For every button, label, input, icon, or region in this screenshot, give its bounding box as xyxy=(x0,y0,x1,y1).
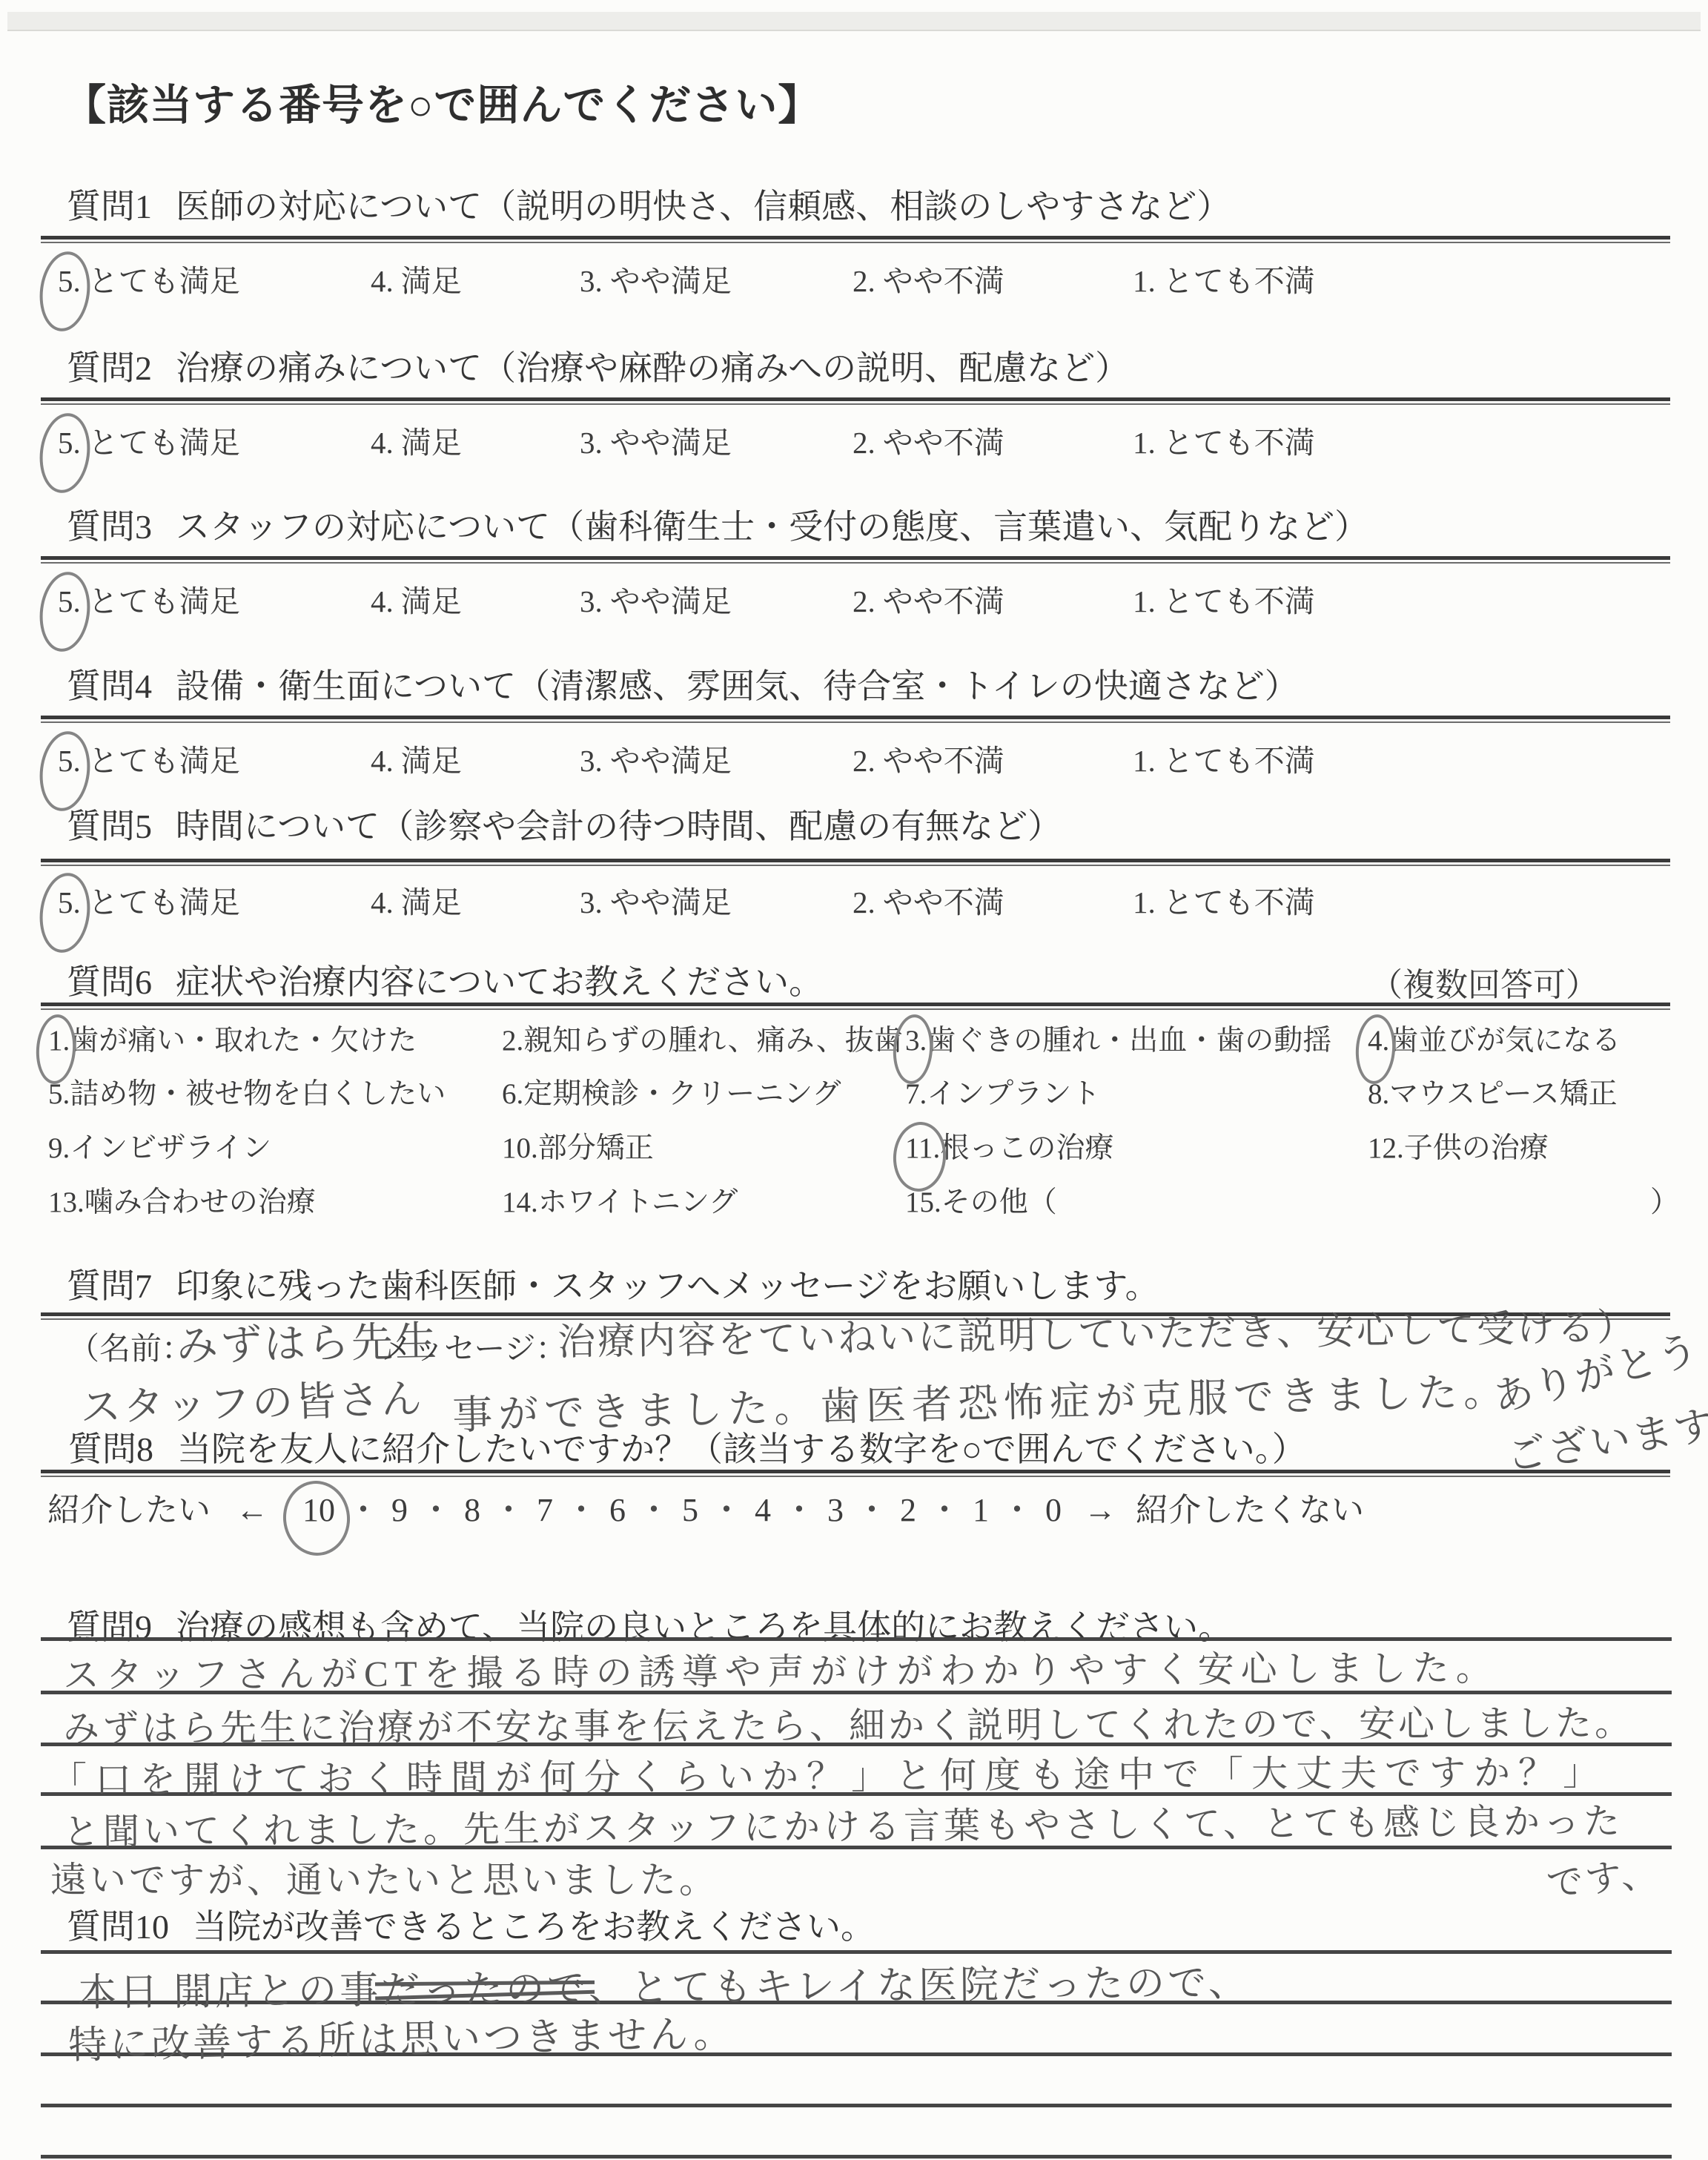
scale-separator-dot: ・ xyxy=(928,1483,961,1530)
handwritten-feedback-line2: みずはら先生に治療が不安な事を伝えたら、細かく説明してくれたので、安心しました。 xyxy=(63,1694,1634,1751)
circle-annotation: 3. xyxy=(905,1024,927,1057)
likert-option: 4.満足 xyxy=(371,418,462,462)
form-title: 【該当する番号を○で囲んでください】 xyxy=(64,71,821,132)
nps-score-3: 3 xyxy=(827,1491,844,1529)
option-number: 1. xyxy=(1133,263,1156,299)
question-topic: 症状や治療内容についてお教えください。 xyxy=(176,963,823,1001)
question-number: 質問1 xyxy=(67,188,152,225)
option-number: 2. xyxy=(853,425,875,460)
option-number: 7. xyxy=(905,1077,927,1111)
improvement-text-pre: 本日 開店との事 xyxy=(78,1969,381,2015)
nps-score-8: 8 xyxy=(464,1491,480,1529)
likert-option: 3.やや満足 xyxy=(580,577,732,621)
circle-annotation: 5. xyxy=(58,584,81,619)
option-label: やや不満 xyxy=(883,885,1004,919)
option-number: 13. xyxy=(48,1186,85,1219)
answer-line xyxy=(41,1950,1672,1954)
option-label: とても不満 xyxy=(1163,744,1315,778)
symptom-option: 9.インビザライン xyxy=(48,1125,271,1166)
option-number: 2. xyxy=(853,263,875,299)
question-topic: 設備・衛生面について（清潔感、雰囲気、待合室・トイレの快適さなど） xyxy=(176,667,1299,705)
option-number: 3. xyxy=(580,425,603,460)
option-number: 10. xyxy=(502,1132,538,1165)
question-number: 質問7 xyxy=(67,1267,152,1305)
likert-option: 4.満足 xyxy=(371,878,462,922)
scale-separator-dot: ・ xyxy=(347,1483,380,1530)
option-label: 歯並びが気になる xyxy=(1389,1025,1621,1057)
section-rule xyxy=(41,397,1670,405)
option-number: 1. xyxy=(1133,425,1156,460)
likert-option: 5.とても満足 xyxy=(58,878,240,922)
option-label: やや不満 xyxy=(883,264,1004,298)
symptom-option: 8.マウスピース矯正 xyxy=(1368,1071,1618,1112)
handwritten-feedback-line5: 遠いですが、通いたいと思いました。 xyxy=(50,1852,718,1903)
question-heading: 質問3スタッフの対応について（歯科衛生士・受付の態度、言葉遣い、気配りなど） xyxy=(67,500,1368,549)
option-number: 6. xyxy=(502,1077,523,1111)
symptom-option: 12.子供の治療 xyxy=(1368,1125,1549,1166)
likert-option: 2.やや不満 xyxy=(853,577,1004,621)
question-heading: 質問7印象に残った歯科医師・スタッフへメッセージをお願いします。 xyxy=(67,1259,1159,1308)
question-7-block: 質問7印象に残った歯科医師・スタッフへメッセージをお願いします。 （名前： みず… xyxy=(0,1259,1708,1422)
survey-form-page: 【該当する番号を○で囲んでください】 質問1医師の対応について（説明の明快さ、信… xyxy=(0,0,1708,2160)
option-number: 5. xyxy=(48,1077,70,1111)
option-label: 歯ぐきの腫れ・出血・歯の動揺 xyxy=(927,1025,1331,1057)
scale-separator-dot: ・ xyxy=(783,1483,815,1530)
option-label: 根っこの治療 xyxy=(940,1132,1113,1164)
circle-annotation: 5. xyxy=(58,885,81,920)
option-number: 9. xyxy=(48,1132,70,1165)
likert-option: 5.とても満足 xyxy=(58,418,240,462)
symptom-option: 10.部分矯正 xyxy=(502,1125,654,1166)
option-label: 満足 xyxy=(401,885,462,919)
question-heading: 質問1医師の対応について（説明の明快さ、信頼感、相談のしやすさなど） xyxy=(67,179,1231,228)
circle-annotation: 5. xyxy=(58,425,81,460)
scale-separator-dot: ・ xyxy=(420,1483,452,1530)
option-number: 2. xyxy=(853,584,875,619)
option-number: 1. xyxy=(1133,743,1156,779)
nps-score-9: 9 xyxy=(391,1491,408,1529)
option-label: とても不満 xyxy=(1163,264,1315,298)
nps-scale: 紹介したい←10・9・8・7・6・5・4・3・2・1・0→紹介したくない xyxy=(47,1483,1364,1530)
question-topic: 治療の痛みについて（治療や麻酔の痛みへの説明、配慮など） xyxy=(176,349,1129,387)
circle-annotation: 5. xyxy=(58,263,81,299)
option-label: とても満足 xyxy=(88,584,240,618)
likert-option: 3.やや満足 xyxy=(580,736,732,780)
question-number: 質問3 xyxy=(67,508,152,546)
symptom-option: 2.親知らずの腫れ、痛み、抜歯 xyxy=(502,1017,903,1059)
name-field-label: （名前： xyxy=(68,1324,193,1369)
symptom-option: 6.定期検診・クリーニング xyxy=(502,1071,841,1112)
option-number: 3. xyxy=(580,263,603,299)
likert-option: 1.とても不満 xyxy=(1133,736,1315,780)
option-label: とても不満 xyxy=(1163,885,1315,919)
answer-line xyxy=(41,2155,1672,2159)
section-rule xyxy=(41,1003,1670,1010)
option-label: 満足 xyxy=(401,584,462,618)
option-label: とても満足 xyxy=(88,744,240,778)
symptom-option: 5.詰め物・被せ物を白くしたい xyxy=(48,1071,446,1112)
option-label: 満足 xyxy=(401,426,462,460)
section-rule xyxy=(41,716,1670,723)
symptom-option: 7.インプラント xyxy=(905,1071,1100,1112)
option-label: とても満足 xyxy=(88,426,240,460)
option-number: 12. xyxy=(1368,1132,1404,1165)
symptom-option: 14.ホワイトニング xyxy=(502,1179,738,1221)
question-heading: 質問10当院が改善できるところをお教えください。 xyxy=(67,1900,875,1949)
question-topic: スタッフの対応について（歯科衛生士・受付の態度、言葉遣い、気配りなど） xyxy=(176,508,1368,546)
handwritten-feedback-line4: と聞いてくれました。先生がスタッフにかける言葉もやさしくて、とても感じ良かった xyxy=(63,1793,1623,1856)
question-number: 質問5 xyxy=(67,807,152,845)
option-label: やや満足 xyxy=(610,885,732,919)
likert-option: 3.やや満足 xyxy=(580,257,732,300)
question-6-block: 質問6症状や治療内容についてお教えください。 （複数回答可） 1.歯が痛い・取れ… xyxy=(0,955,1708,1259)
question-heading: 質問6症状や治療内容についてお教えください。 xyxy=(67,955,823,1004)
multi-answer-note: （複数回答可） xyxy=(1370,958,1598,1005)
likert-options-row: 5.とても満足4.満足3.やや満足2.やや不満1.とても不満 xyxy=(0,878,1708,930)
likert-options-row: 5.とても満足4.満足3.やや満足2.やや不満1.とても不満 xyxy=(0,577,1708,629)
likert-option: 1.とても不満 xyxy=(1133,257,1315,300)
option-number: 4. xyxy=(371,743,394,779)
option-label: 詰め物・被せ物を白くしたい xyxy=(70,1078,446,1110)
question-number: 質問2 xyxy=(67,349,152,387)
option-label: やや満足 xyxy=(610,744,732,778)
option-number: 4. xyxy=(371,885,394,920)
nps-score-7: 7 xyxy=(537,1491,553,1529)
option-label: やや不満 xyxy=(883,744,1004,778)
option-label: 歯が痛い・取れた・欠けた xyxy=(70,1025,417,1057)
likert-option: 2.やや不満 xyxy=(853,257,1004,300)
question-10-block: 質問10当院が改善できるところをお教えください。 本日 開店との事だったので、と… xyxy=(0,1900,1708,2160)
option-label: 部分矯正 xyxy=(538,1132,654,1164)
option-number: 4. xyxy=(371,584,394,619)
nps-score-1: 1 xyxy=(973,1491,989,1529)
handwritten-feedback-line1: スタッフさんがCTを撮る時の誘導や声がけがわかりやすく安心しました。 xyxy=(63,1639,1499,1699)
symptom-option: 4.歯並びが気になる xyxy=(1368,1017,1621,1059)
option-label: 定期検診・クリーニング xyxy=(523,1078,841,1110)
option-number: 3. xyxy=(580,743,603,779)
scale-label-recommend: 紹介したい xyxy=(47,1483,211,1530)
section-rule xyxy=(41,859,1670,866)
handwritten-feedback-line5-tail: です、 xyxy=(1544,1844,1662,1908)
section-rule xyxy=(41,236,1670,243)
option-number: 2. xyxy=(853,743,875,779)
option-number: 2. xyxy=(853,885,875,920)
scale-separator-dot: ・ xyxy=(1001,1483,1033,1530)
question-heading: 質問4設備・衛生面について（清潔感、雰囲気、待合室・トイレの快適さなど） xyxy=(67,659,1299,708)
question-8-block: 質問8当院を友人に紹介したいですか？（該当する数字を○で囲んでください。） 紹介… xyxy=(0,1422,1708,1556)
section-rule xyxy=(41,1470,1670,1477)
likert-option: 5.とても満足 xyxy=(58,736,240,780)
question-9-block: 質問9治療の感想も含めて、当院の良いところを具体的にお教えください。 スタッフさ… xyxy=(0,1600,1708,1897)
option-number: 3. xyxy=(580,885,603,920)
option-number: 1. xyxy=(1133,584,1156,619)
option-label: 満足 xyxy=(401,744,462,778)
likert-option: 5.とても満足 xyxy=(58,257,240,300)
question-number: 質問6 xyxy=(67,963,152,1001)
option-label: インプラント xyxy=(927,1078,1100,1110)
option-label: マウスピース矯正 xyxy=(1389,1078,1617,1110)
question-4-block: 質問4設備・衛生面について（清潔感、雰囲気、待合室・トイレの快適さなど） 5.と… xyxy=(0,659,1708,799)
question-2-block: 質問2治療の痛みについて（治療や麻酔の痛みへの説明、配慮など） 5.とても満足4… xyxy=(0,341,1708,500)
likert-option: 3.やや満足 xyxy=(580,418,732,462)
question-topic: 当院を友人に紹介したいですか？（該当する数字を○で囲んでください。） xyxy=(177,1430,1306,1468)
option-number: 2. xyxy=(502,1024,523,1057)
scale-separator-dot: ・ xyxy=(855,1483,888,1530)
option-label: とても満足 xyxy=(88,885,240,919)
nps-score-5: 5 xyxy=(682,1491,698,1529)
question-topic: 印象に残った歯科医師・スタッフへメッセージをお願いします。 xyxy=(176,1267,1159,1305)
likert-option: 3.やや満足 xyxy=(580,878,732,922)
option-label: とても不満 xyxy=(1163,426,1315,460)
nps-score-6: 6 xyxy=(609,1491,626,1529)
answer-line xyxy=(41,2104,1672,2107)
other-close-paren: ） xyxy=(1650,1179,1679,1221)
likert-option: 1.とても不満 xyxy=(1133,418,1315,462)
circle-annotation: 4. xyxy=(1368,1024,1389,1057)
likert-option: 2.やや不満 xyxy=(853,418,1004,462)
likert-option: 1.とても不満 xyxy=(1133,577,1315,621)
question-topic: 医師の対応について（説明の明快さ、信頼感、相談のしやすさなど） xyxy=(176,188,1231,225)
scale-separator-dot: ・ xyxy=(638,1483,670,1530)
symptom-option: 1.歯が痛い・取れた・欠けた xyxy=(48,1017,417,1059)
right-arrow-icon: → xyxy=(1084,1491,1116,1529)
question-heading: 質問2治療の痛みについて（治療や麻酔の痛みへの説明、配慮など） xyxy=(67,341,1129,390)
option-label: ホワイトニング xyxy=(538,1186,738,1218)
scale-separator-dot: ・ xyxy=(565,1483,598,1530)
option-label: その他（ xyxy=(941,1186,1057,1218)
section-rule xyxy=(41,556,1670,564)
option-label: やや不満 xyxy=(883,426,1004,460)
question-number: 質問10 xyxy=(67,1908,169,1946)
symptom-option: 11.根っこの治療 xyxy=(905,1125,1113,1166)
option-label: 噛み合わせの治療 xyxy=(85,1186,316,1218)
circle-annotation: 10 xyxy=(302,1491,335,1529)
option-label: インビザライン xyxy=(70,1132,271,1164)
likert-options-row: 5.とても満足4.満足3.やや満足2.やや不満1.とても不満 xyxy=(0,736,1708,788)
likert-option: 4.満足 xyxy=(371,257,462,300)
option-label: やや満足 xyxy=(610,264,732,298)
nps-score-0: 0 xyxy=(1045,1491,1062,1529)
likert-options-row: 5.とても満足4.満足3.やや満足2.やや不満1.とても不満 xyxy=(0,418,1708,470)
question-number: 質問8 xyxy=(68,1430,153,1468)
symptom-option: 13.噛み合わせの治療 xyxy=(48,1179,316,1221)
option-label: やや満足 xyxy=(610,584,732,618)
circle-annotation: 11. xyxy=(905,1132,940,1165)
nps-score-2: 2 xyxy=(900,1491,916,1529)
scale-separator-dot: ・ xyxy=(492,1483,525,1530)
question-heading: 質問5時間について（診察や会計の待つ時間、配慮の有無など） xyxy=(67,799,1062,848)
option-label: 親知らずの腫れ、痛み、抜歯 xyxy=(523,1025,903,1057)
option-number: 14. xyxy=(502,1186,538,1219)
scale-label-not-recommend: 紹介したくない xyxy=(1136,1483,1364,1530)
question-5-block: 質問5時間について（診察や会計の待つ時間、配慮の有無など） 5.とても満足4.満… xyxy=(0,799,1708,955)
option-label: とても満足 xyxy=(88,264,240,298)
likert-option: 2.やや不満 xyxy=(853,878,1004,922)
option-number: 4. xyxy=(371,263,394,299)
circle-annotation: 5. xyxy=(58,743,81,779)
scan-edge-band xyxy=(7,12,1701,31)
option-label: とても不満 xyxy=(1163,584,1315,618)
likert-options-row: 5.とても満足4.満足3.やや満足2.やや不満1.とても不満 xyxy=(0,257,1708,308)
nps-score-4: 4 xyxy=(755,1491,771,1529)
likert-option: 4.満足 xyxy=(371,736,462,780)
option-number: 4. xyxy=(371,425,394,460)
option-number: 15. xyxy=(905,1186,941,1219)
option-label: 満足 xyxy=(401,264,462,298)
likert-option: 5.とても満足 xyxy=(58,577,240,621)
option-label: やや満足 xyxy=(610,426,732,460)
left-arrow-icon: ← xyxy=(236,1491,268,1529)
question-topic: 時間について（診察や会計の待つ時間、配慮の有無など） xyxy=(176,807,1062,845)
option-label: 子供の治療 xyxy=(1404,1132,1549,1164)
scale-separator-dot: ・ xyxy=(710,1483,743,1530)
symptom-option: 3.歯ぐきの腫れ・出血・歯の動揺 xyxy=(905,1017,1331,1059)
option-number: 1. xyxy=(1133,885,1156,920)
circle-annotation: 1. xyxy=(48,1024,70,1057)
option-number: 8. xyxy=(1368,1077,1389,1111)
likert-option: 4.満足 xyxy=(371,577,462,621)
question-1-block: 質問1医師の対応について（説明の明快さ、信頼感、相談のしやすさなど） 5.とても… xyxy=(0,179,1708,341)
question-heading: 質問8当院を友人に紹介したいですか？（該当する数字を○で囲んでください。） xyxy=(68,1422,1306,1471)
handwritten-improvement-line2: 特に改善する所は思いつきません。 xyxy=(67,2002,735,2070)
option-number: 3. xyxy=(580,584,603,619)
message-field-label: メッセージ： xyxy=(382,1324,566,1369)
option-label: やや不満 xyxy=(883,584,1004,618)
question-topic: 当院が改善できるところをお教えください。 xyxy=(193,1908,875,1946)
question-3-block: 質問3スタッフの対応について（歯科衛生士・受付の態度、言葉遣い、気配りなど） 5… xyxy=(0,500,1708,659)
question-number: 質問4 xyxy=(67,667,152,705)
likert-option: 1.とても不満 xyxy=(1133,878,1315,922)
likert-option: 2.やや不満 xyxy=(853,736,1004,780)
symptom-option: 15.その他（ xyxy=(905,1179,1057,1221)
